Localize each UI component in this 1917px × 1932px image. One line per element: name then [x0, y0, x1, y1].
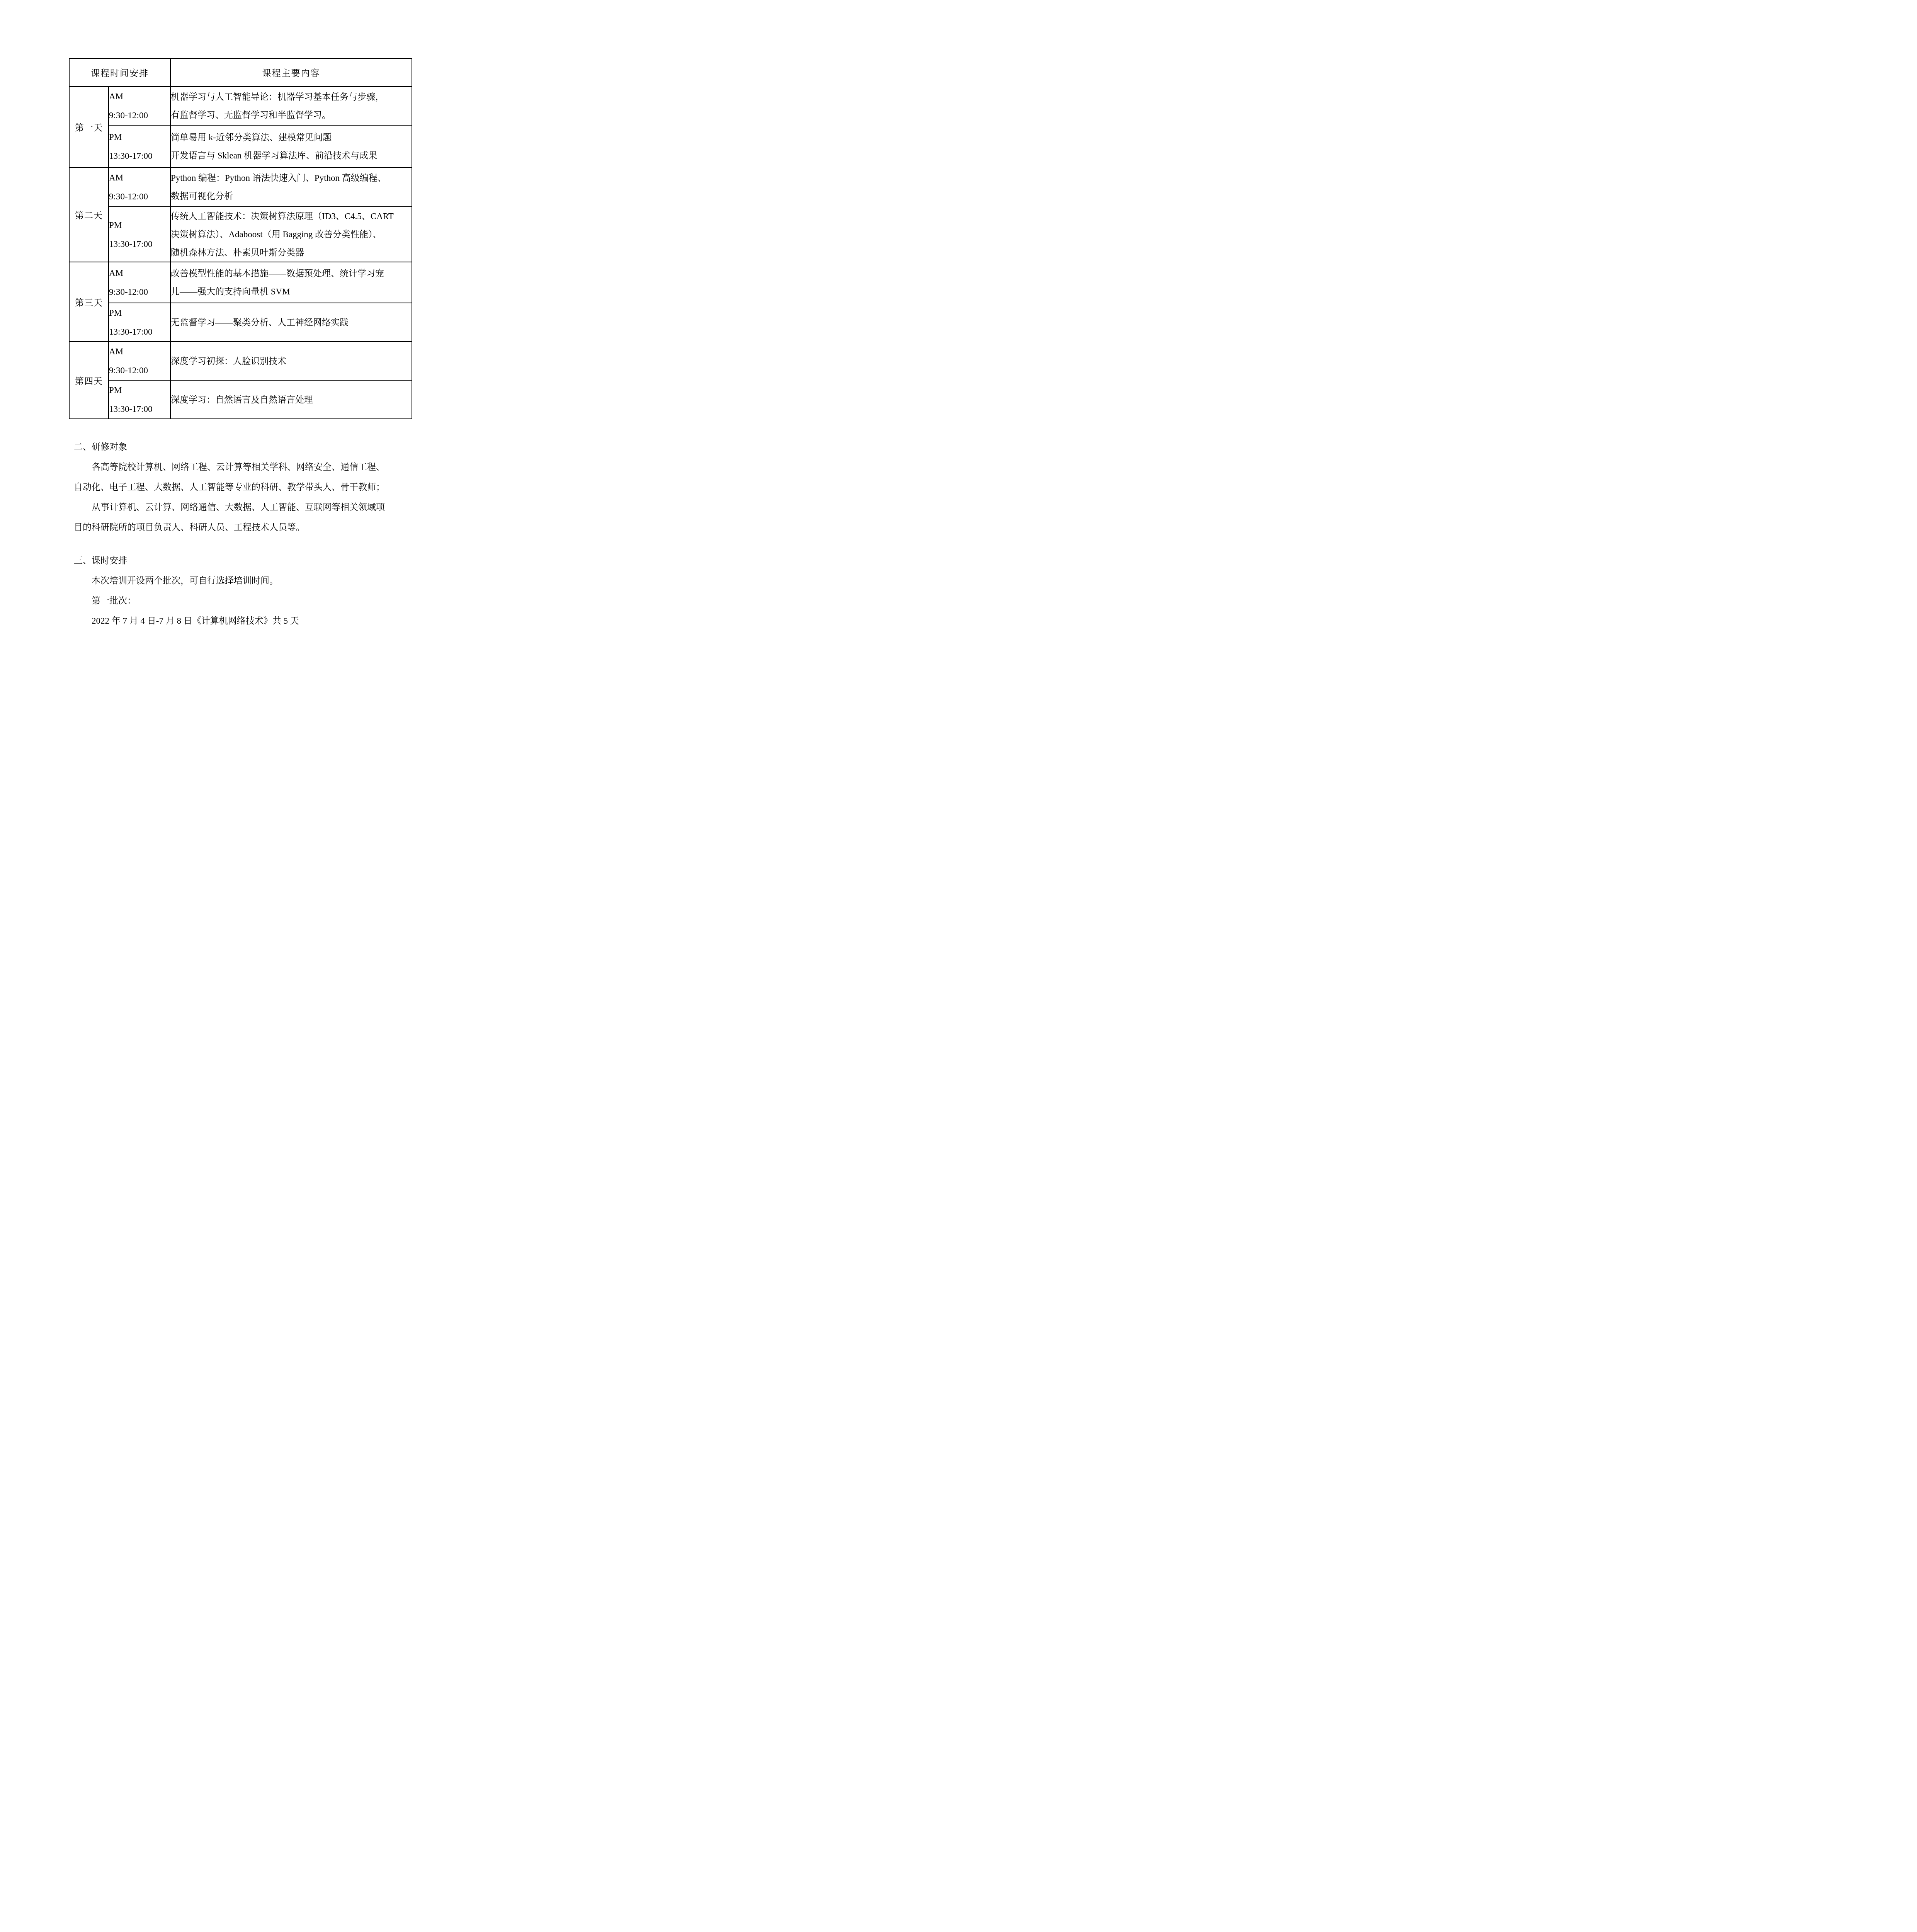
- day-label-4: 第四天: [69, 342, 109, 419]
- schedule-line-3: 2022 年 7 月 4 日-7 月 8 日《计算机网络技术》共 5 天: [74, 611, 403, 631]
- section-audience: 二、研修对象 各高等院校计算机、网络工程、云计算等相关学科、网络安全、通信工程、…: [74, 437, 403, 537]
- session-period: PM: [109, 381, 170, 400]
- body-text: 二、研修对象 各高等院校计算机、网络工程、云计算等相关学科、网络安全、通信工程、…: [74, 437, 403, 631]
- session-hours: 9:30-12:00: [109, 361, 170, 380]
- session-time-cell: PM 13:30-17:00: [109, 380, 170, 419]
- session-period: PM: [109, 216, 170, 235]
- session-content-cell: Python 编程：Python 语法快速入门、Python 高级编程、 数据可…: [170, 167, 412, 207]
- session-time-cell: AM 9:30-12:00: [109, 342, 170, 380]
- session-time-cell: PM 13:30-17:00: [109, 303, 170, 342]
- table-header-row: 课程时间安排 课程主要内容: [69, 58, 412, 87]
- session-content-cell: 深度学习初探：人脸识别技术: [170, 342, 412, 380]
- session-time-cell: PM 13:30-17:00: [109, 207, 170, 262]
- table-row: PM 13:30-17:00 简单易用 k-近邻分类算法、建模常见问题 开发语言…: [69, 125, 412, 167]
- session-period: PM: [109, 128, 170, 146]
- audience-paragraph-1: 各高等院校计算机、网络工程、云计算等相关学科、网络安全、通信工程、 自动化、电子…: [74, 457, 403, 497]
- session-content-cell: 机器学习与人工智能导论：机器学习基本任务与步骤， 有监督学习、无监督学习和半监督…: [170, 87, 412, 125]
- table-row: PM 13:30-17:00 无监督学习——聚类分析、人工神经网络实践: [69, 303, 412, 342]
- session-hours: 13:30-17:00: [109, 146, 170, 165]
- table-row: 第二天 AM 9:30-12:00 Python 编程：Python 语法快速入…: [69, 167, 412, 207]
- table-row: PM 13:30-17:00 传统人工智能技术：决策树算法原理（ID3、C4.5…: [69, 207, 412, 262]
- session-content-cell: 简单易用 k-近邻分类算法、建模常见问题 开发语言与 Sklean 机器学习算法…: [170, 125, 412, 167]
- header-cell-time: 课程时间安排: [69, 58, 170, 87]
- session-content-cell: 深度学习：自然语言及自然语言处理: [170, 380, 412, 419]
- section-schedule-heading: 三、课时安排: [74, 551, 403, 571]
- session-period: PM: [109, 303, 170, 322]
- session-content-cell: 无监督学习——聚类分析、人工神经网络实践: [170, 303, 412, 342]
- section-audience-heading: 二、研修对象: [74, 437, 403, 457]
- session-content-cell: 改善模型性能的基本措施——数据预处理、统计学习宠 儿——强大的支持向量机 SVM: [170, 262, 412, 303]
- session-hours: 13:30-17:00: [109, 235, 170, 253]
- session-period: AM: [109, 264, 170, 282]
- session-period: AM: [109, 342, 170, 361]
- section-schedule: 三、课时安排 本次培训开设两个批次，可自行选择培训时间。 第一批次： 2022 …: [74, 551, 403, 631]
- schedule-line-2: 第一批次：: [74, 591, 403, 611]
- session-hours: 9:30-12:00: [109, 187, 170, 206]
- session-hours: 9:30-12:00: [109, 106, 170, 125]
- day-label-3: 第三天: [69, 262, 109, 342]
- table-row: 第四天 AM 9:30-12:00 深度学习初探：人脸识别技术: [69, 342, 412, 380]
- table-row: 第三天 AM 9:30-12:00 改善模型性能的基本措施——数据预处理、统计学…: [69, 262, 412, 303]
- session-hours: 13:30-17:00: [109, 322, 170, 341]
- session-time-cell: AM 9:30-12:00: [109, 167, 170, 207]
- header-cell-content: 课程主要内容: [170, 58, 412, 87]
- table-row: 第一天 AM 9:30-12:00 机器学习与人工智能导论：机器学习基本任务与步…: [69, 87, 412, 125]
- session-content-cell: 传统人工智能技术：决策树算法原理（ID3、C4.5、CART 决策树算法）、Ad…: [170, 207, 412, 262]
- session-period: AM: [109, 87, 170, 106]
- schedule-line-1: 本次培训开设两个批次，可自行选择培训时间。: [74, 571, 403, 591]
- session-period: AM: [109, 168, 170, 187]
- session-hours: 13:30-17:00: [109, 400, 170, 418]
- session-time-cell: PM 13:30-17:00: [109, 125, 170, 167]
- session-time-cell: AM 9:30-12:00: [109, 262, 170, 303]
- day-label-1: 第一天: [69, 87, 109, 167]
- session-time-cell: AM 9:30-12:00: [109, 87, 170, 125]
- day-label-2: 第二天: [69, 167, 109, 262]
- session-hours: 9:30-12:00: [109, 282, 170, 301]
- course-schedule-table: 课程时间安排 课程主要内容 第一天 AM 9:30-12:00 机器学习与人工智…: [69, 58, 412, 419]
- document-page: 课程时间安排 课程主要内容 第一天 AM 9:30-12:00 机器学习与人工智…: [0, 0, 479, 678]
- audience-paragraph-2: 从事计算机、云计算、网络通信、大数据、人工智能、互联网等相关领域项 目的科研院所…: [74, 497, 403, 537]
- table-row: PM 13:30-17:00 深度学习：自然语言及自然语言处理: [69, 380, 412, 419]
